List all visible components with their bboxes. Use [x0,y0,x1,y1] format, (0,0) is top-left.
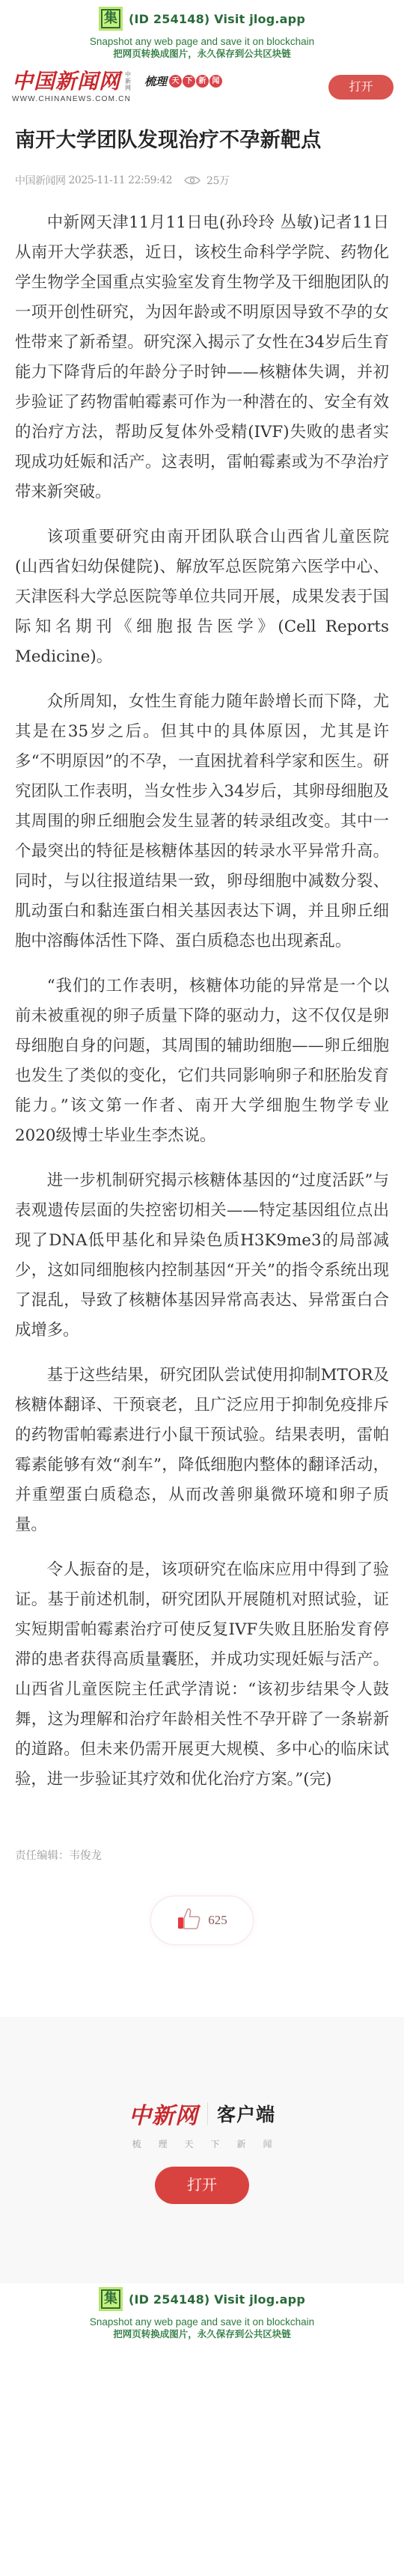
jlog-en-text: Snapshot any web page and save it on blo… [0,2316,404,2328]
like-area: 625 [15,1896,389,1945]
article-body: 中新网天津11月11日电(孙玲玲 丛敏)记者11日从南开大学获悉，近日，该校生命… [15,208,389,1795]
article-paragraph: 中新网天津11月11日电(孙玲玲 丛敏)记者11日从南开大学获悉，近日，该校生命… [15,208,389,507]
article-paragraph: 该项重要研究由南开团队联合山西省儿童医院(山西省妇幼保健院)、解放军总医院第六医… [15,522,389,672]
slogan-dot: 天 [169,75,182,88]
logo-side-text: 中 新 网 [125,71,131,91]
like-count: 625 [208,1913,227,1928]
app-promo: 中新网 客户端 梳 理 天 下 新 闻 打开 [0,2017,404,2283]
divider [207,2102,208,2125]
article: 南开大学团队发现治疗不孕新靶点 中国新闻网 2025-11-11 22:59:4… [0,126,404,1945]
like-button[interactable]: 625 [150,1896,254,1945]
promo-client: 客户端 [217,2100,275,2127]
slogan: 梳理 天 下 新 闻 [144,73,222,89]
article-paragraph: 基于这些结果，研究团队尝试使用抑制MTOR及核糖体翻译、干预衰老，且广泛应用于抑… [15,1361,389,1540]
article-source: 中国新闻网 [15,173,66,188]
slogan-dot: 新 [196,75,209,88]
responsible-editor: 责任编辑：韦俊龙 [15,1847,389,1863]
jlog-id-row: 集 (ID 254148) Visit jlog.app [0,2286,404,2312]
jlog-en-text: Snapshot any web page and save it on blo… [0,36,404,48]
open-app-button[interactable]: 打开 [328,75,394,100]
article-paragraph: 进一步机制研究揭示核糖体基因的“过度活跃”与表观遗传层面的失控密切相关——特定基… [15,1166,389,1346]
logo-text: 中国新闻网 [12,70,120,94]
jlog-zh-text: 把网页转换成图片，永久保存到公共区块链 [0,2328,404,2340]
article-title: 南开大学团队发现治疗不孕新靶点 [15,126,389,156]
jlog-zh-text: 把网页转换成图片，永久保存到公共区块链 [0,48,404,60]
promo-tagline: 梳 理 天 下 新 闻 [132,2137,272,2150]
promo-logo: 中新网 客户端 [129,2097,275,2130]
article-paragraph: 令人振奋的是，该项研究在临床应用中得到了验证。基于前述机制，研究团队开展随机对照… [15,1555,389,1795]
slogan-dot: 下 [183,75,195,88]
logo-url: WWW.CHINANEWS.COM.CN [12,95,131,103]
jlog-banner-bottom: 集 (ID 254148) Visit jlog.app Snapshot an… [0,2283,404,2349]
slogan-ink: 梳理 [144,73,167,89]
article-paragraph: “我们的工作表明，核糖体功能的异常是一个以前未被重视的卵子质量下降的驱动力，这不… [15,971,389,1151]
thumbs-up-icon [177,1908,202,1933]
view-count: 25万 [206,173,229,188]
chinanews-logo[interactable]: 中国新闻网 中 新 网 WWW.CHINANEWS.COM.CN [12,70,131,103]
slogan-dot: 闻 [209,75,222,88]
jlog-id-text[interactable]: (ID 254148) Visit jlog.app [129,12,305,26]
promo-open-button[interactable]: 打开 [155,2167,249,2204]
article-datetime: 2025-11-11 22:59:42 [69,174,173,186]
site-header: 中国新闻网 中 新 网 WWW.CHINANEWS.COM.CN 梳理 天 下 … [0,63,404,109]
jlog-badge-icon: 集 [99,2287,123,2311]
promo-brand: 中新网 [129,2097,198,2130]
eye-icon [184,175,201,186]
jlog-badge-icon: 集 [99,7,123,31]
article-meta: 中国新闻网 2025-11-11 22:59:42 25万 [15,172,389,189]
article-paragraph: 众所周知，女性生育能力随年龄增长而下降，尤其是在35岁之后。但其中的具体原因，尤… [15,687,389,956]
jlog-banner-top: 集 (ID 254148) Visit jlog.app Snapshot an… [0,0,404,63]
jlog-id-row: 集 (ID 254148) Visit jlog.app [0,6,404,31]
jlog-id-text[interactable]: (ID 254148) Visit jlog.app [129,2292,305,2307]
